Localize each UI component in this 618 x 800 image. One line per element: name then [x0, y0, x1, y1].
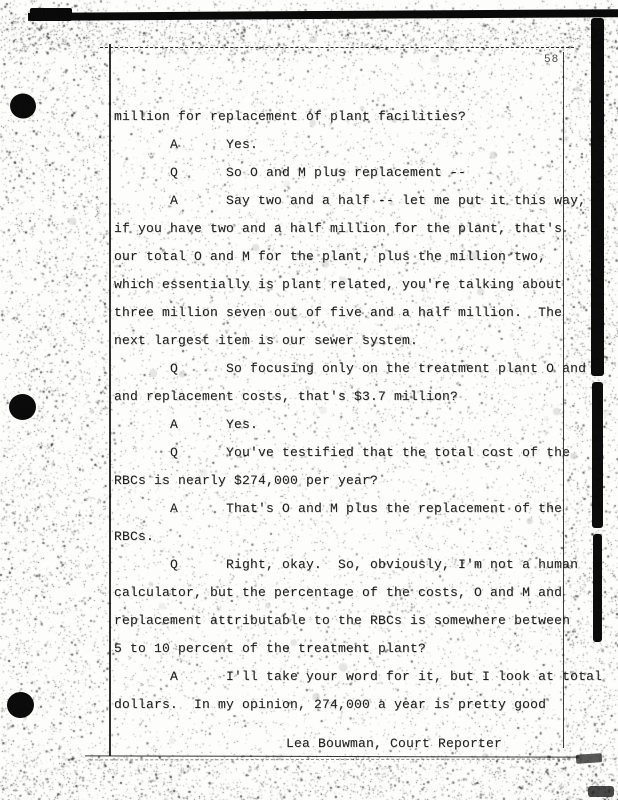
page-border-left — [109, 44, 111, 756]
transcript-line: calculator, but the percentage of the co… — [114, 579, 602, 607]
scan-scratch-mark — [576, 753, 603, 764]
punch-hole — [8, 92, 37, 120]
transcript-line: which essentially is plant related, you'… — [114, 271, 602, 299]
transcript-line: A Say two and a half -- let me put it th… — [114, 187, 602, 215]
transcript-line: RBCs. — [114, 523, 602, 551]
page-border-bottom — [85, 755, 579, 757]
punch-hole — [9, 394, 36, 420]
punch-hole — [6, 691, 36, 720]
scan-corner-blob — [588, 786, 614, 797]
transcript-line: Q You've testified that the total cost o… — [114, 439, 602, 467]
page-border-bottom-scratch — [90, 759, 570, 761]
scanned-transcript-page: 58 million for replacement of plant faci… — [0, 0, 618, 800]
transcript-line: replacement attributable to the RBCs is … — [114, 607, 602, 635]
transcript-line: next largest item is our sewer system. — [114, 327, 602, 355]
transcript-line: if you have two and a half million for t… — [114, 215, 602, 243]
transcript-line: three million seven out of five and a ha… — [114, 299, 602, 327]
scan-edge-artifact-right — [591, 18, 604, 376]
transcript-line: A Yes. — [114, 411, 602, 439]
transcript-line: our total O and M for the plant, plus th… — [114, 243, 602, 271]
transcript-line: dollars. In my opinion, 274,000 a year i… — [114, 691, 602, 719]
transcript-line: A Yes. — [114, 131, 602, 159]
transcript-line: Q So O and M plus replacement -- — [114, 159, 602, 187]
transcript-line: Q Right, okay. So, obviously, I'm not a … — [114, 551, 602, 579]
transcript-line: RBCs is nearly $274,000 per year? — [114, 467, 602, 495]
transcript-line: 5 to 10 percent of the treatment plant? — [114, 635, 602, 663]
scan-edge-artifact-top-left — [30, 8, 72, 21]
scan-edge-artifact-right — [593, 534, 602, 642]
court-reporter-signature: Lea Bouwman, Court Reporter — [286, 736, 502, 751]
transcript-line: million for replacement of plant facilit… — [114, 103, 602, 131]
page-border-top — [100, 47, 574, 48]
transcript-line: A I'll take your word for it, but I look… — [114, 663, 602, 691]
transcript-line: A That's O and M plus the replacement of… — [114, 495, 602, 523]
transcript-body: million for replacement of plant facilit… — [114, 103, 602, 719]
transcript-line: Q So focusing only on the treatment plan… — [114, 355, 602, 383]
page-border-right — [563, 52, 564, 748]
scan-edge-artifact-right — [592, 382, 603, 528]
page-number: 58 — [544, 54, 559, 66]
transcript-line: and replacement costs, that's $3.7 milli… — [114, 383, 602, 411]
scan-edge-artifact-top — [28, 9, 618, 21]
